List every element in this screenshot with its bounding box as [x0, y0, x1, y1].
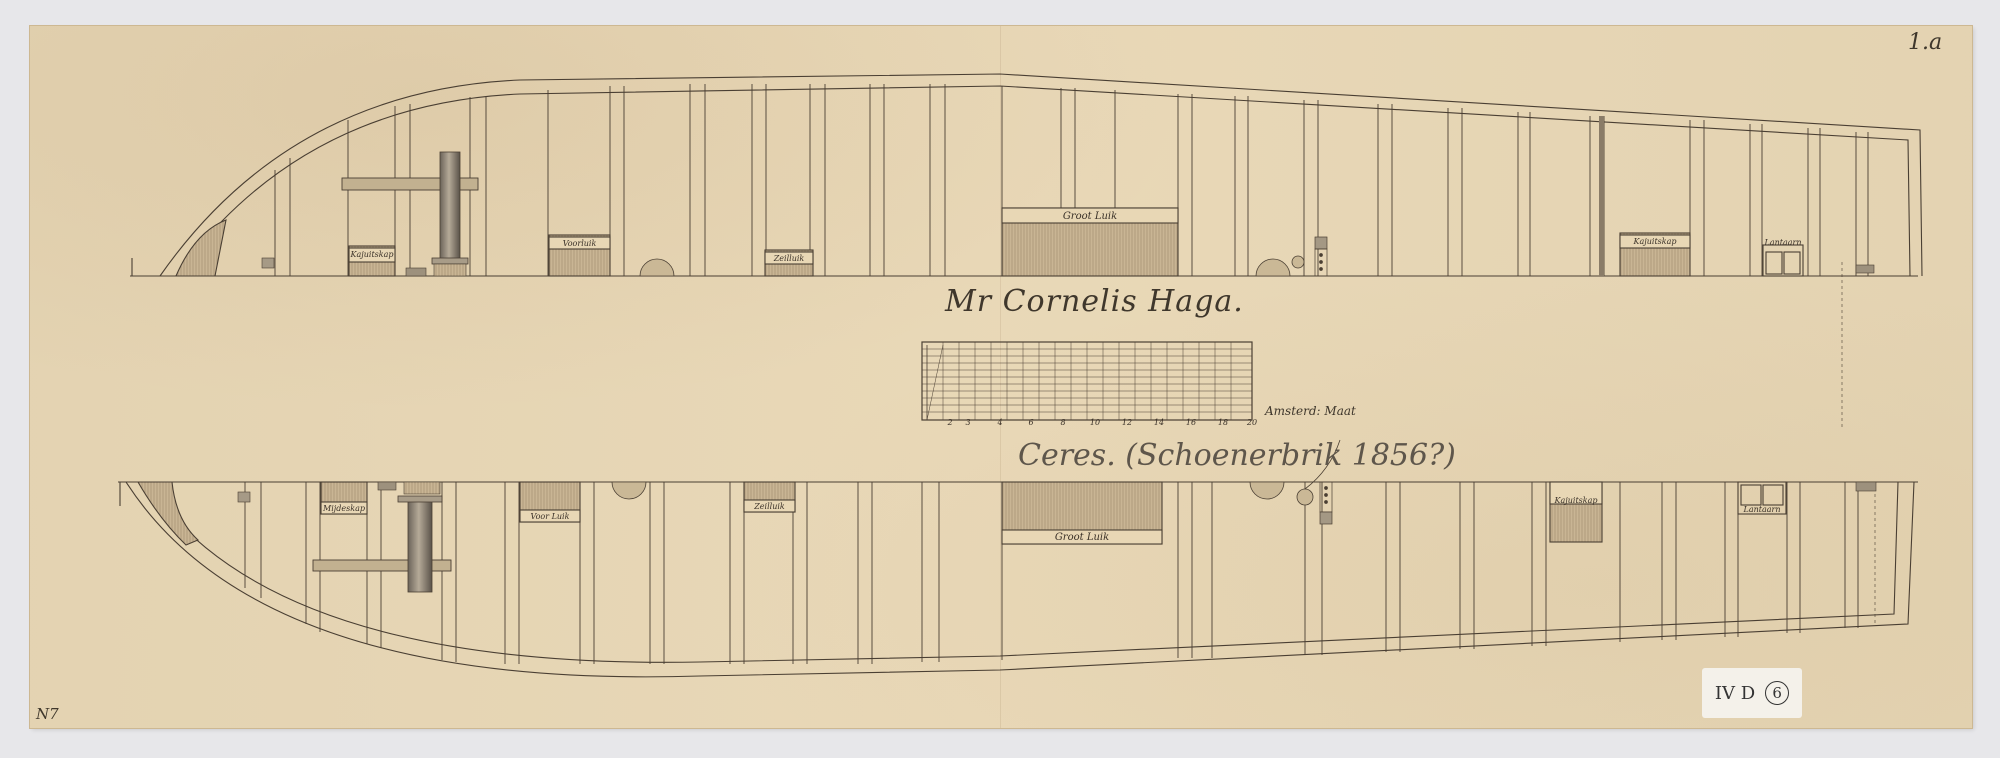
- label-lantaarn: Lantaarn: [1763, 238, 1803, 247]
- scale-bar: [922, 342, 1252, 420]
- label-voor-luik: Voor Luik: [520, 512, 580, 521]
- label-voorluik: Voorluik: [549, 239, 610, 248]
- scale-tick: 2: [940, 418, 960, 427]
- scale-tick: 4: [990, 418, 1010, 427]
- scale-tick: 16: [1181, 418, 1201, 427]
- label-zeilluik: Zeilluik: [765, 254, 813, 263]
- sheet-number: N7: [36, 705, 59, 723]
- ship-name-inscription: Ceres. (Schoenerbrik 1856?): [1018, 438, 1456, 473]
- label-kajuitskap-lower: Kajuitskap: [1550, 496, 1602, 505]
- label-groot-luik-lower: Groot Luik: [1002, 532, 1162, 543]
- label-zeilluik-lower: Zeilluik: [744, 502, 795, 511]
- scale-tick: 3: [958, 418, 978, 427]
- lower-deck-plan: [118, 440, 1918, 677]
- archive-number: 6: [1765, 681, 1789, 705]
- owner-inscription: Mr Cornelis Haga.: [945, 284, 1244, 319]
- corner-mark: 1.a: [1908, 30, 1942, 55]
- upper-deck-plan: [130, 74, 1922, 430]
- ship-plan-drawing: [0, 0, 2000, 758]
- scale-tick: 14: [1149, 418, 1169, 427]
- label-kajuitskap: Kajuitskap: [349, 250, 395, 259]
- scale-tick: 18: [1213, 418, 1233, 427]
- scale-tick: 10: [1085, 418, 1105, 427]
- scale-tick: 8: [1053, 418, 1073, 427]
- label-mijdeskap: Mijdeskap: [321, 504, 367, 513]
- scale-tick: 12: [1117, 418, 1137, 427]
- scale-tick: 6: [1021, 418, 1041, 427]
- scale-tick: 20: [1242, 418, 1262, 427]
- label-groot-luik: Groot Luik: [1002, 211, 1178, 222]
- archive-tag: IV D 6: [1702, 668, 1802, 718]
- label-lantaarn-lower: Lantaarn: [1738, 505, 1786, 514]
- label-kajuitskap-aft: Kajuitskap: [1620, 237, 1690, 246]
- archive-code: IV D: [1715, 683, 1755, 704]
- scale-caption: Amsterd: Maat: [1265, 404, 1356, 418]
